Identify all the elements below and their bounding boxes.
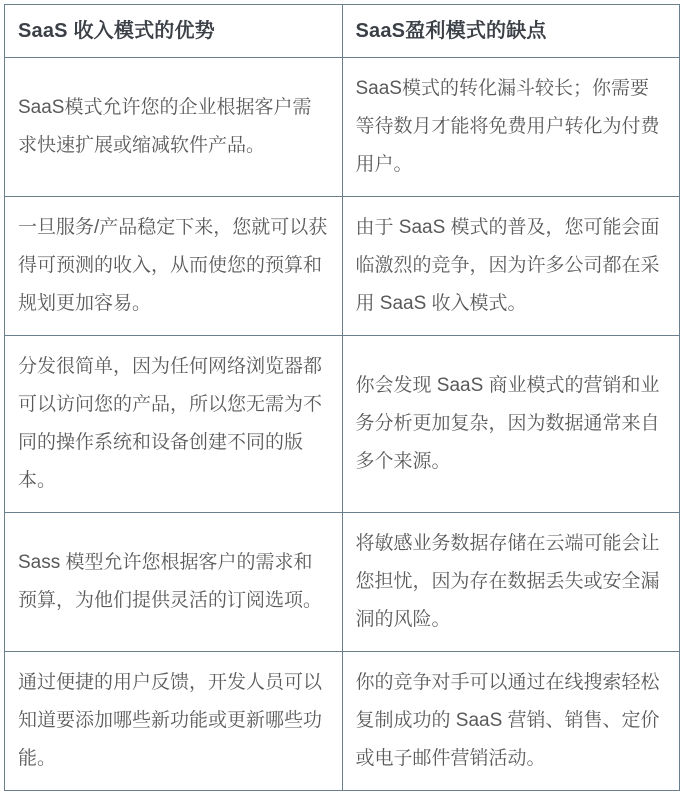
table-row: 一旦服务/产品稳定下来，您就可以获得可预测的收入，从而使您的预算和规划更加容易。… <box>5 197 680 336</box>
header-disadvantages: SaaS盈利模式的缺点 <box>342 5 680 58</box>
advantage-cell: SaaS模式允许您的企业根据客户需求快速扩展或缩减软件产品。 <box>5 58 343 197</box>
disadvantage-cell: 由于 SaaS 模式的普及，您可能会面临激烈的竞争，因为许多公司都在采用 Saa… <box>342 197 680 336</box>
advantage-cell: 分发很简单，因为任何网络浏览器都可以访问您的产品，所以您无需为不同的操作系统和设… <box>5 336 343 513</box>
header-advantages: SaaS 收入模式的优势 <box>5 5 343 58</box>
disadvantage-cell: 你的竞争对手可以通过在线搜索轻松复制成功的 SaaS 营销、销售、定价或电子邮件… <box>342 652 680 791</box>
table-row: 分发很简单，因为任何网络浏览器都可以访问您的产品，所以您无需为不同的操作系统和设… <box>5 336 680 513</box>
table-row: 通过便捷的用户反馈，开发人员可以知道要添加哪些新功能或更新哪些功能。你的竞争对手… <box>5 652 680 791</box>
disadvantage-cell: SaaS模式的转化漏斗较长；你需要等待数月才能将免费用户转化为付费用户。 <box>342 58 680 197</box>
page: SaaS 收入模式的优势 SaaS盈利模式的缺点 SaaS模式允许您的企业根据客… <box>0 0 686 783</box>
advantage-cell: 一旦服务/产品稳定下来，您就可以获得可预测的收入，从而使您的预算和规划更加容易。 <box>5 197 343 336</box>
advantage-cell: Sass 模型允许您根据客户的需求和预算，为他们提供灵活的订阅选项。 <box>5 513 343 652</box>
table-row: SaaS模式允许您的企业根据客户需求快速扩展或缩减软件产品。SaaS模式的转化漏… <box>5 58 680 197</box>
saas-comparison-table: SaaS 收入模式的优势 SaaS盈利模式的缺点 SaaS模式允许您的企业根据客… <box>4 4 680 791</box>
disadvantage-cell: 你会发现 SaaS 商业模式的营销和业务分析更加复杂，因为数据通常来自多个来源。 <box>342 336 680 513</box>
advantage-cell: 通过便捷的用户反馈，开发人员可以知道要添加哪些新功能或更新哪些功能。 <box>5 652 343 791</box>
header-row: SaaS 收入模式的优势 SaaS盈利模式的缺点 <box>5 5 680 58</box>
table-row: Sass 模型允许您根据客户的需求和预算，为他们提供灵活的订阅选项。将敏感业务数… <box>5 513 680 652</box>
table-body: SaaS模式允许您的企业根据客户需求快速扩展或缩减软件产品。SaaS模式的转化漏… <box>5 58 680 791</box>
disadvantage-cell: 将敏感业务数据存储在云端可能会让您担忧，因为存在数据丢失或安全漏洞的风险。 <box>342 513 680 652</box>
